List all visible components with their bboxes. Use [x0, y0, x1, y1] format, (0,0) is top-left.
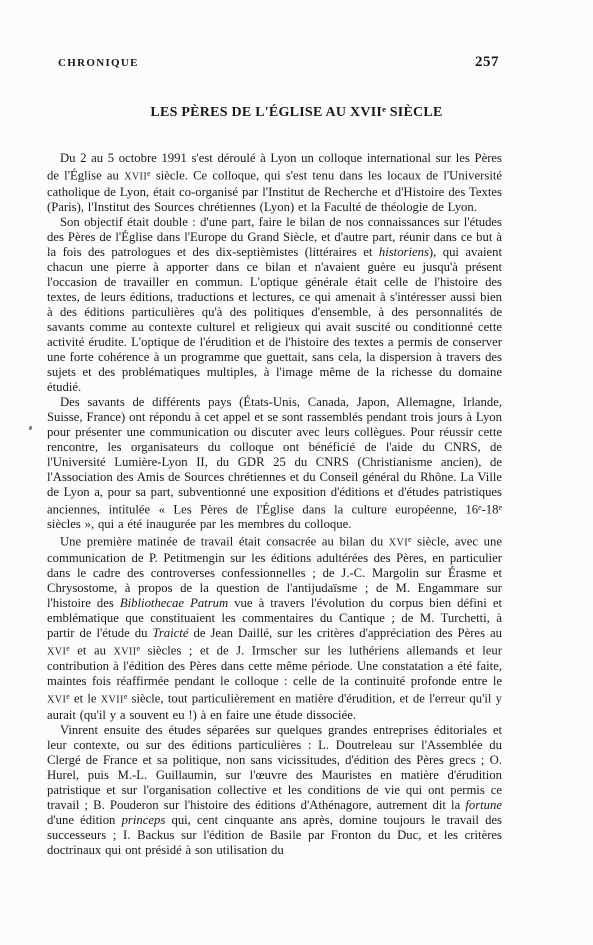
journal-page: CHRONIQUE 257 LES PÈRES DE L'ÉGLISE AU X…: [0, 0, 593, 945]
running-header: CHRONIQUE 257: [58, 54, 499, 71]
article-title: LES PÈRES DE L'ÉGLISE AU XVIIe SIÈCLE: [0, 104, 593, 121]
print-artifact-mark: [29, 426, 32, 430]
article-body: Du 2 au 5 octobre 1991 s'est déroulé à L…: [47, 151, 502, 858]
paragraph-4: Une première matinée de travail était co…: [47, 532, 502, 723]
running-header-section: CHRONIQUE: [58, 57, 139, 69]
page-number: 257: [475, 54, 499, 71]
paragraph-2: Son objectif était double : d'une part, …: [47, 215, 502, 395]
paragraph-5: Vinrent ensuite des études séparées sur …: [47, 723, 502, 858]
paragraph-1: Du 2 au 5 octobre 1991 s'est déroulé à L…: [47, 151, 502, 215]
paragraph-3: Des savants de différents pays (États-Un…: [47, 395, 502, 533]
